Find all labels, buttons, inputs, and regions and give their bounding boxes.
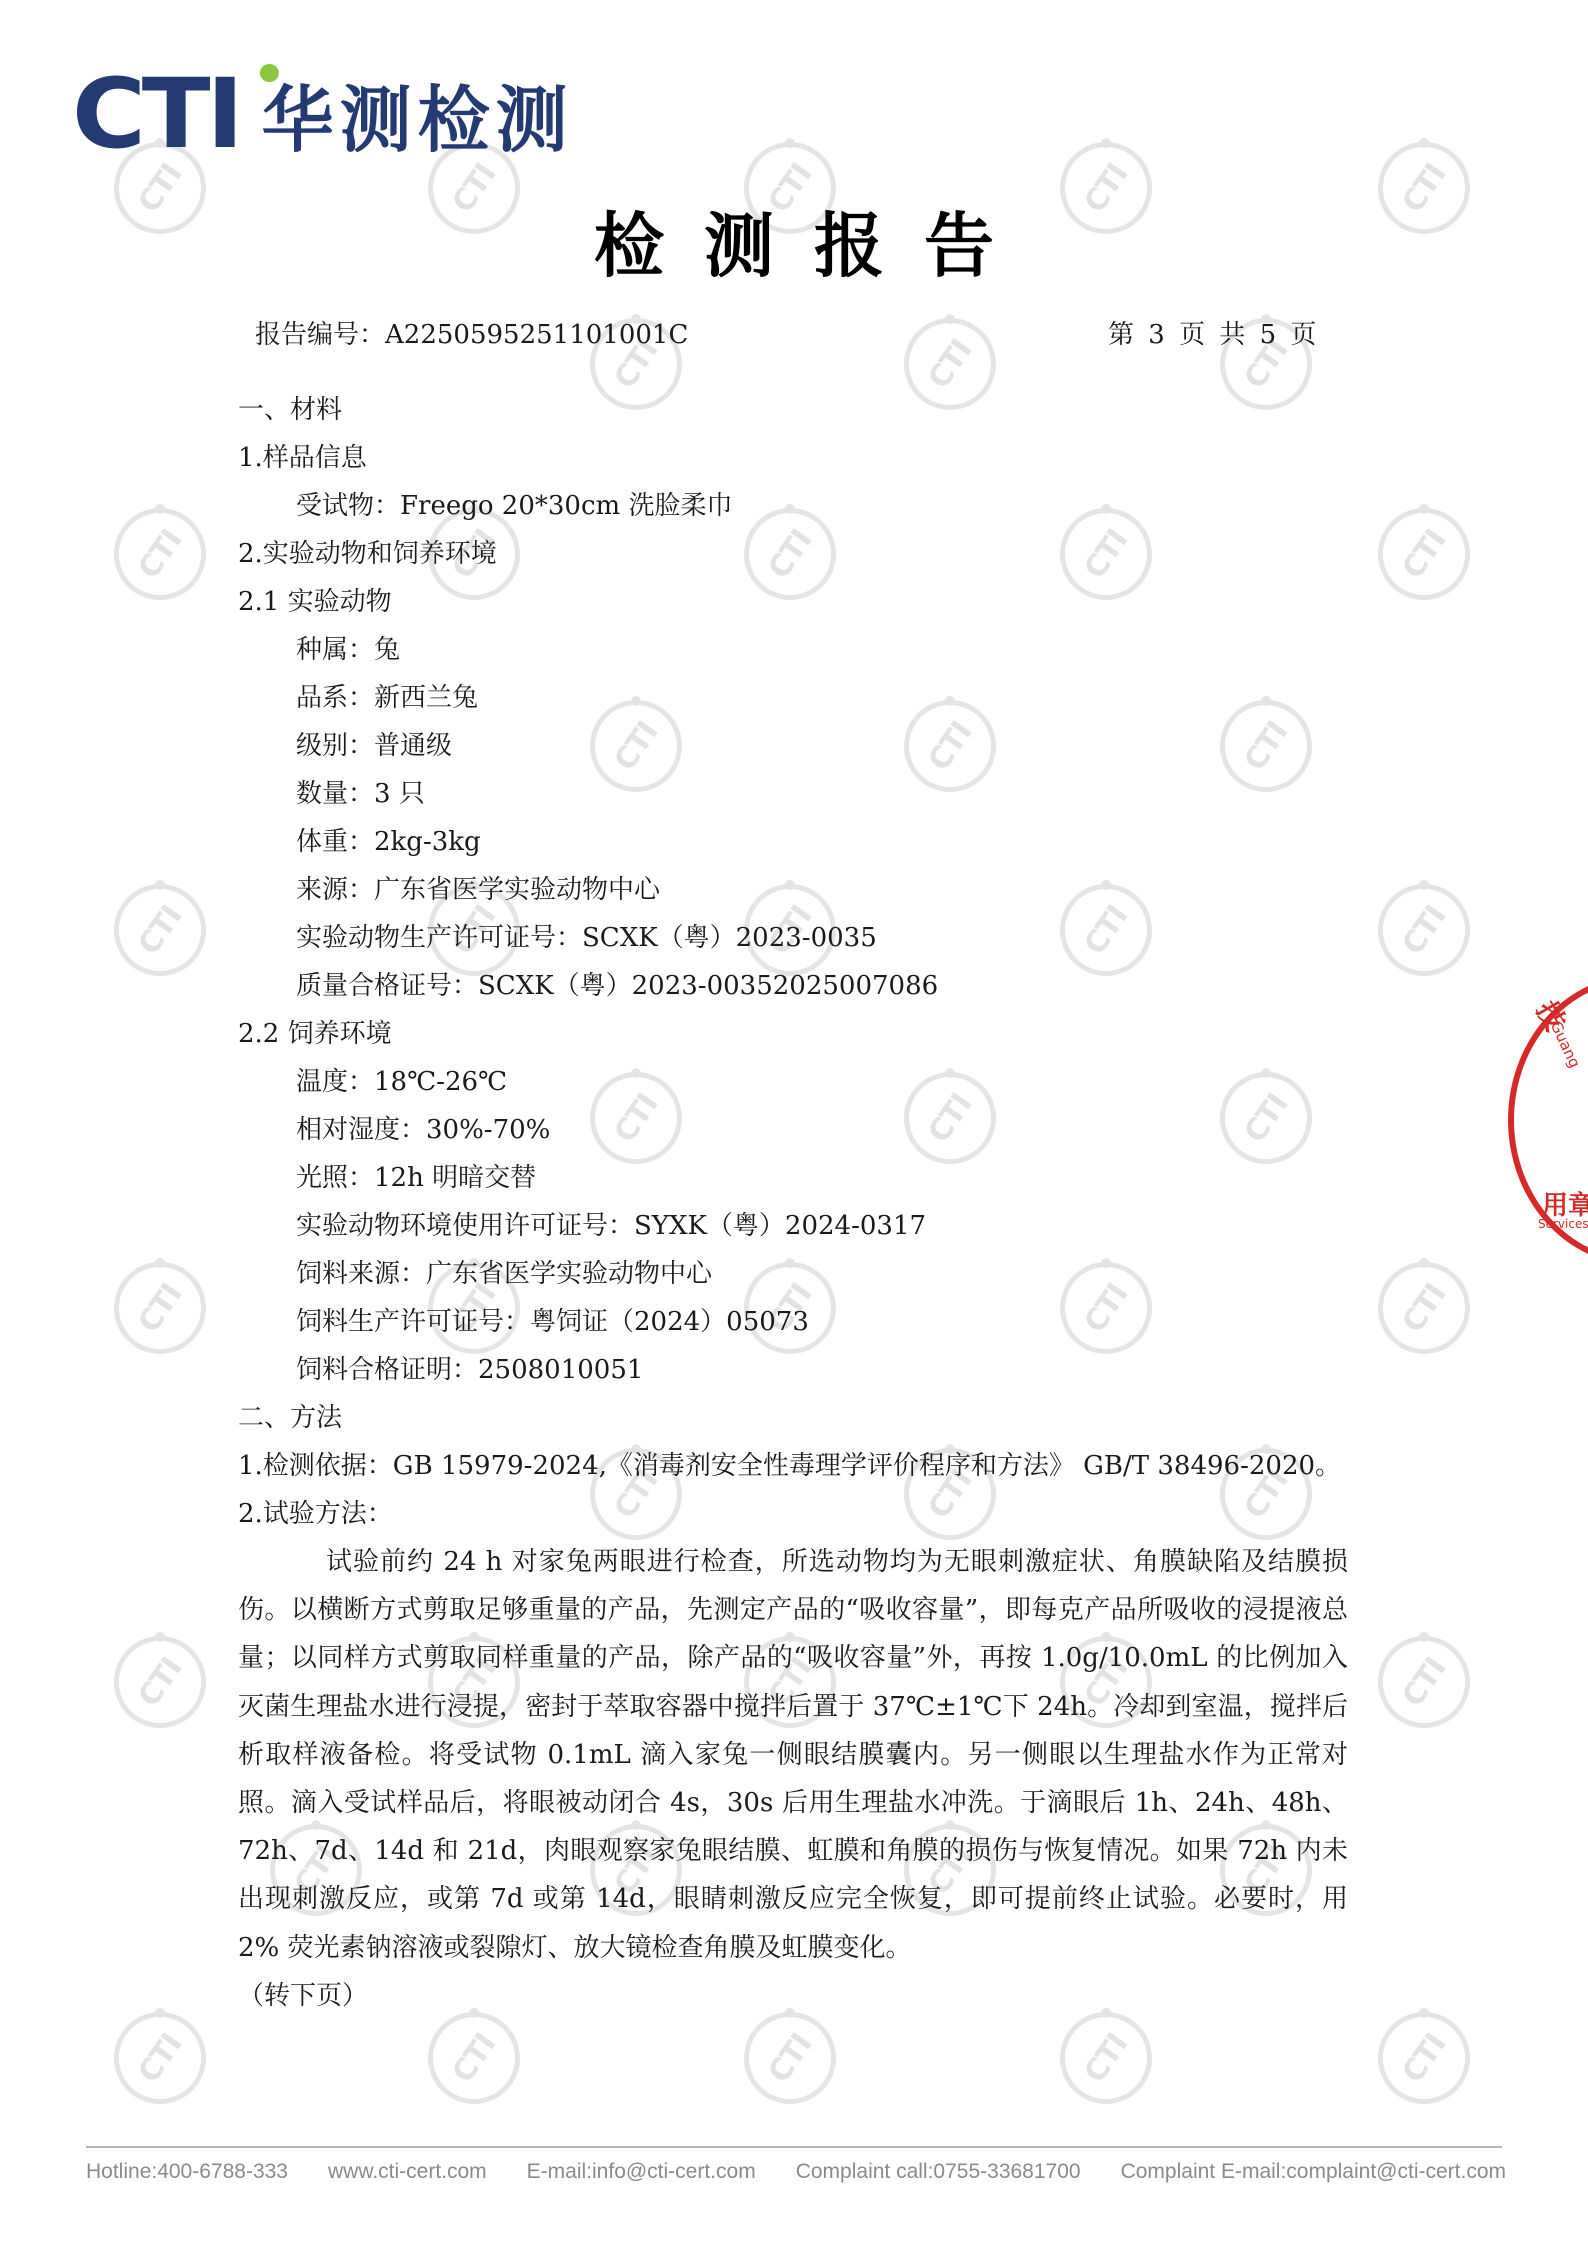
subheading-environment: 2.2 饲养环境 [238, 1010, 1348, 1058]
cti-watermark-icon: CTI [1378, 884, 1470, 976]
subheading-animals: 2.1 实验动物 [238, 578, 1348, 626]
cti-watermark-icon: CTI [114, 1636, 206, 1728]
section-heading-materials: 一、材料 [238, 386, 1348, 434]
logo-green-dot-icon [260, 64, 279, 82]
animal-quality-certificate: 质量合格证号：SCXK（粤）2023-00352025007086 [238, 962, 1348, 1010]
cti-watermark-icon: CTI [1060, 2012, 1152, 2104]
report-number-label: 报告编号： [255, 320, 385, 350]
feed-production-license: 饲料生产许可证号：粤饲证（2024）05073 [238, 1298, 1348, 1346]
subheading-animals-env: 2.实验动物和饲养环境 [238, 530, 1348, 578]
company-logo: CTI 华测检测 [76, 62, 574, 162]
logo-chinese-name: 华测检测 [262, 84, 574, 162]
cti-watermark-icon: CTI [1378, 1262, 1470, 1354]
report-number-value: A2250595251101001C [385, 320, 688, 350]
stamp-text-small: Services [1538, 1217, 1588, 1231]
report-number: 报告编号：A2250595251101001C [255, 314, 688, 351]
cti-watermark-icon: CTI [1378, 1636, 1470, 1728]
subheading-procedure: 2.试验方法： [238, 1490, 1348, 1538]
footer-complaint-call: Complaint call:0755-33681700 [796, 2160, 1081, 2184]
animal-strain: 品系：新西兰兔 [238, 674, 1348, 722]
cti-watermark-icon: CTI [114, 1262, 206, 1354]
footer-website-link[interactable]: www.cti-cert.com [328, 2160, 487, 2184]
test-item: 受试物：Freego 20*30cm 洗脸柔巾 [238, 482, 1348, 530]
feed-source: 饲料来源：广东省医学实验动物中心 [238, 1250, 1348, 1298]
page-indicator: 第 3 页 共 5 页 [1108, 314, 1319, 351]
page-title: 检测报告 [0, 190, 1588, 291]
cti-watermark-icon: CTI [114, 2012, 206, 2104]
test-basis: 1.检测依据：GB 15979-2024,《消毒剂安全性毒理学评价程序和方法》 … [238, 1442, 1348, 1490]
footer-email-link[interactable]: E-mail:info@cti-cert.com [527, 2160, 756, 2184]
footer-hotline: Hotline:400-6788-333 [86, 2160, 288, 2184]
cti-watermark-icon: CTI [1378, 508, 1470, 600]
logo-cti-wordmark: CTI [72, 66, 240, 162]
cti-watermark-icon: CTI [114, 884, 206, 976]
procedure-paragraph: 试验前约 24 h 对家兔两眼进行检查，所选动物均为无眼刺激症状、角膜缺陷及结膜… [238, 1538, 1348, 1972]
animal-species: 种属：兔 [238, 626, 1348, 674]
section-heading-methods: 二、方法 [238, 1394, 1348, 1442]
feed-certificate: 饲料合格证明：2508010051 [238, 1346, 1348, 1394]
footer-complaint-email-link[interactable]: Complaint E-mail:complaint@cti-cert.com [1121, 2160, 1506, 2184]
official-seal-stamp: 技 T.Guang 用章 Services [1508, 975, 1588, 1265]
animal-source: 来源：广东省医学实验动物中心 [238, 866, 1348, 914]
footer-divider [86, 2146, 1502, 2148]
cti-watermark-icon: CTI [114, 508, 206, 600]
animal-production-license: 实验动物生产许可证号：SCXK（粤）2023-0035 [238, 914, 1348, 962]
env-humidity: 相对湿度：30%-70% [238, 1106, 1348, 1154]
env-facility-license: 实验动物环境使用许可证号：SYXK（粤）2024-0317 [238, 1202, 1348, 1250]
report-body: 一、材料 1.样品信息 受试物：Freego 20*30cm 洗脸柔巾 2.实验… [238, 386, 1348, 2020]
env-temperature: 温度：18℃-26℃ [238, 1058, 1348, 1106]
animal-weight: 体重：2kg-3kg [238, 818, 1348, 866]
cti-watermark-icon: CTI [428, 2012, 520, 2104]
cti-watermark-icon: CTI [744, 2012, 836, 2104]
page-footer: Hotline:400-6788-333 www.cti-cert.com E-… [86, 2160, 1506, 2184]
continued-note: （转下页） [238, 1972, 1348, 2020]
animal-grade: 级别：普通级 [238, 722, 1348, 770]
subheading-sample-info: 1.样品信息 [238, 434, 1348, 482]
env-lighting: 光照：12h 明暗交替 [238, 1154, 1348, 1202]
animal-quantity: 数量：3 只 [238, 770, 1348, 818]
cti-watermark-icon: CTI [1378, 2012, 1470, 2104]
